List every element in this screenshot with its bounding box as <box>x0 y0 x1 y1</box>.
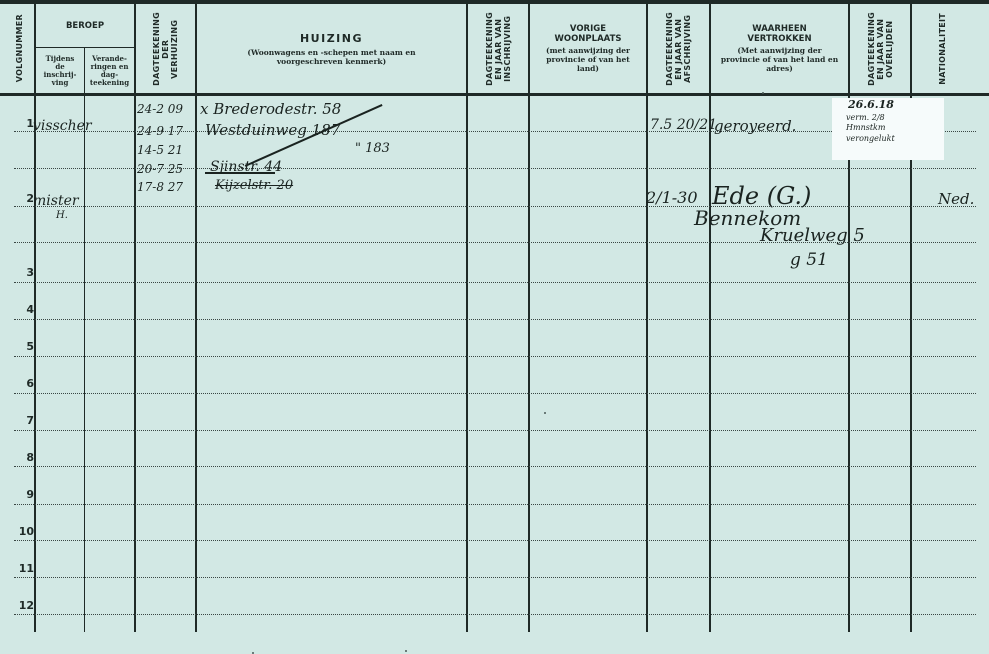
header-dagteekening-inschrijving: DAGTEEKENING EN JAAR VAN INSCHRIJVING <box>468 4 528 93</box>
row-rule <box>14 577 976 578</box>
column-divider <box>646 4 648 632</box>
waarheen-entry-2-street: Kruelweg 5 <box>760 225 865 246</box>
overlijden-note-line: verongelukt <box>846 134 895 143</box>
waarheen-entry-2-code: g 51 <box>790 250 828 270</box>
row-rule <box>14 614 976 615</box>
row-number: 8 <box>12 451 34 464</box>
row-number: 5 <box>12 340 34 353</box>
row-number: 9 <box>12 488 34 501</box>
verhuizing-date: 17-8 27 <box>137 180 183 194</box>
row-number: 1 <box>12 117 34 130</box>
row-rule <box>14 206 976 207</box>
huizing-address: Westduinweg 187 <box>205 121 340 139</box>
header-vorige-woonplaats: VORIGE WOONPLAATS (met aanwijzing der pr… <box>530 4 646 93</box>
nationaliteit-entry-2: Ned. <box>938 190 974 208</box>
header-dagteekening-overlijden: DAGTEEKENING EN JAAR VAN OVERLIJDEN <box>850 4 910 93</box>
overlijden-note-line: Hmnstkm <box>846 123 885 132</box>
column-divider <box>709 4 711 632</box>
header-beroep-tijdens: Tijdens de inschrij- ving <box>36 48 84 93</box>
column-divider <box>466 4 468 632</box>
row-number: 12 <box>12 599 34 612</box>
column-divider <box>134 4 136 632</box>
row-number: 11 <box>12 562 34 575</box>
overlijden-date: 26.6.18 <box>848 98 894 111</box>
row-rule <box>14 430 976 431</box>
overlijden-note-line: verm. 2/8 <box>846 113 885 122</box>
row-rule <box>14 540 976 541</box>
row-number: 6 <box>12 377 34 390</box>
afschrijving-date-2: 2/1-30 <box>646 188 698 207</box>
verhuizing-date: 24-9 17 <box>137 124 183 138</box>
huizing-address-struck: Kijzelstr. 20 <box>215 178 293 193</box>
header-waarheen-vertrokken: WAARHEEN VERTROKKEN (Met aanwijzing der … <box>711 4 848 93</box>
paper-speck <box>544 412 546 414</box>
beroep-entry-1: visscher <box>33 118 92 134</box>
underline-stroke <box>205 172 275 174</box>
waarheen-entry-1: geroyeerd. <box>714 117 796 135</box>
header-huizing: HUIZING (Woonwagens en -schepen met naam… <box>197 4 466 93</box>
afschrijving-date-1: 7.5 20/21 <box>650 117 717 133</box>
header-beroep: BEROEP <box>36 4 134 47</box>
header-nationaliteit: NATIONALITEIT <box>912 4 972 93</box>
row-number: 3 <box>12 266 34 279</box>
huizing-address: x Brederodestr. 58 <box>200 100 341 118</box>
header-dagteekening-verhuizing: DAGTEEKENING DER VERHUIZING <box>136 4 195 93</box>
row-rule <box>14 282 976 283</box>
row-rule <box>14 504 976 505</box>
row-number: 4 <box>12 303 34 316</box>
column-divider <box>84 48 85 632</box>
row-rule <box>14 319 976 320</box>
row-rule <box>14 393 976 394</box>
row-rule <box>14 356 976 357</box>
verhuizing-date: 24-2 09 <box>137 102 183 116</box>
column-divider <box>195 4 197 632</box>
paper-speck <box>405 650 407 652</box>
verhuizing-date: 20-7 25 <box>137 162 183 176</box>
row-number: 2 <box>12 192 34 205</box>
huizing-address: " 183 <box>355 141 390 156</box>
header-dagteekening-afschrijving: DAGTEEKENING EN JAAR VAN AFSCHRIJVING <box>648 4 709 93</box>
header-beroep-veranderingen: Verande- ringen en dag- teekening <box>85 48 134 93</box>
beroep-entry-2-sub: H. <box>56 210 68 221</box>
verhuizing-date: 14-5 21 <box>137 143 183 157</box>
header-bottom-rule <box>0 93 989 96</box>
row-number: 7 <box>12 414 34 427</box>
beroep-entry-2: mister <box>33 193 79 209</box>
column-divider <box>34 4 36 632</box>
paper-speck <box>762 92 764 94</box>
row-number: 10 <box>12 525 34 538</box>
column-divider <box>528 4 530 632</box>
header-volgnummer: VOLGNUMMER <box>4 4 34 93</box>
row-rule <box>14 466 976 467</box>
register-card: VOLGNUMMER BEROEP Tijdens de inschrij- v… <box>0 0 989 654</box>
